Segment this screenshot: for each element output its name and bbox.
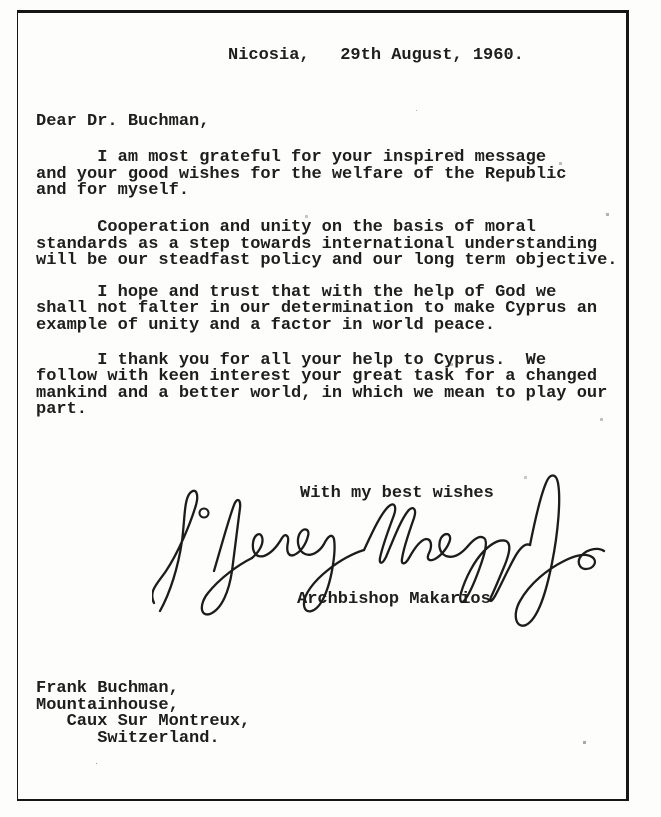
recipient-address-block: Frank Buchman, Mountainhouse, Caux Sur M… [36, 681, 612, 747]
dateline: Nicosia, 29th August, 1960. [228, 48, 612, 65]
body-paragraph-4: I thank you for all your help to Cyprus.… [36, 353, 612, 419]
salutation: Dear Dr. Buchman, [36, 114, 612, 131]
scan-noise-specks [0, 0, 1, 1]
typed-signature-name: Archbishop Makarios [297, 592, 612, 609]
body-paragraph-2: Cooperation and unity on the basis of mo… [36, 220, 612, 270]
scan-border-frame: Nicosia, 29th August, 1960. Dear Dr. Buc… [17, 10, 629, 801]
closing-line: With my best wishes [300, 486, 612, 503]
body-paragraph-1: I am most grateful for your inspired mes… [36, 150, 612, 200]
scanned-letter-page: Nicosia, 29th August, 1960. Dear Dr. Buc… [0, 0, 661, 817]
body-paragraph-3: I hope and trust that with the help of G… [36, 285, 612, 335]
